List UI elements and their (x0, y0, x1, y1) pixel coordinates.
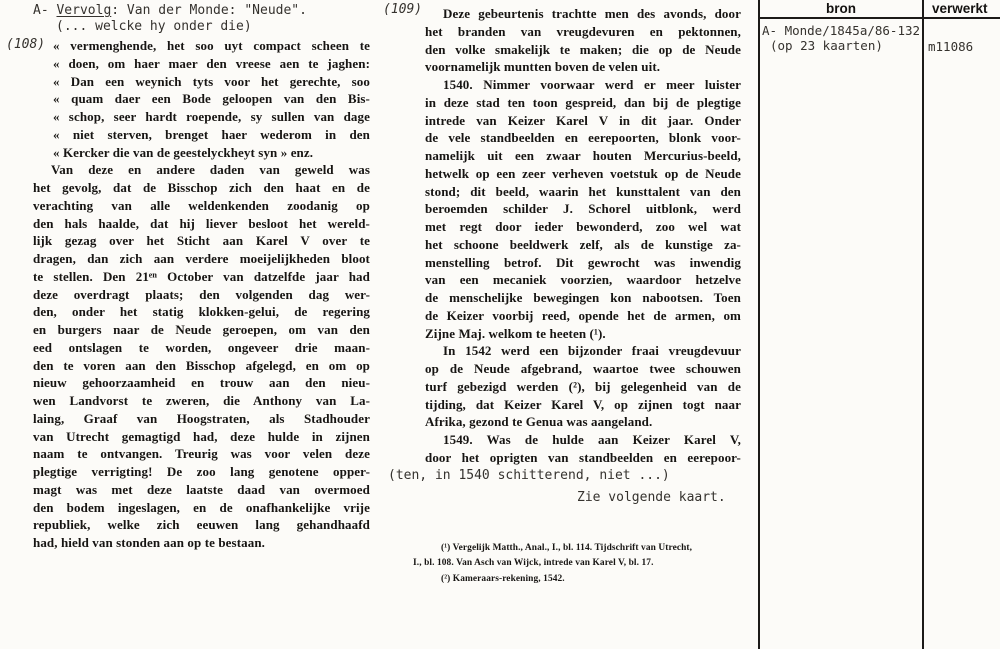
scanned-document-page: A- Vervolg: Van der Monde: "Neude". (...… (0, 0, 1000, 649)
text-line: I., bl. 108. Van Asch van Wijck, intrede… (413, 556, 745, 571)
text-line: In 1542 werd een bijzonder fraai vreugde… (425, 342, 741, 360)
text-line: « schop, seer hardt roepende, sy sullen … (33, 108, 370, 126)
text-line: republiek, welke zich eeuwen lang gehand… (33, 516, 370, 534)
text-line: plegtige verrigting! De zoo lang genoten… (33, 463, 370, 481)
text-line: het schoone beeldwerk zelf, als de kunst… (425, 236, 741, 254)
table-cell-bron-line1: A- Monde/1845a/86-132 (762, 23, 920, 38)
text-line: namelijk uit een zwaar houten Mercurius-… (425, 147, 741, 165)
text-line: voornamelijk muntten boven de velen uit. (425, 58, 741, 76)
text-line: had, hield van stonden aan op te bestaan… (33, 534, 370, 552)
text-line: de vele standbeelden en eerepoorten, blo… (425, 129, 741, 147)
text-line: de menschelijke bewegingen kon nabootsen… (425, 289, 741, 307)
text-line: dragen, dan zich aan verdere moeijelijkh… (33, 250, 370, 268)
text-line: het branden van vreugdevuren en pektonne… (425, 23, 741, 41)
table-cell-bron-line2: (op 23 kaarten) (770, 38, 883, 53)
annotation-see-next-card: Zie volgende kaart. (577, 490, 726, 505)
annotation-heading-rest: : Van der Monde: "Neude". (111, 3, 307, 18)
text-line: (¹) Vergelijk Matth., Anal., I., bl. 114… (413, 541, 745, 556)
text-line: « doen, om haer maer den vreese aen te j… (33, 55, 370, 73)
footnotes-block: (¹) Vergelijk Matth., Anal., I., bl. 114… (413, 541, 745, 587)
text-line: door het oprigten van standbeelden en ee… (425, 449, 741, 467)
annotation-heading-line2: (... welcke hy onder die) (56, 19, 252, 34)
annotation-heading-line1: A- Vervolg: Van der Monde: "Neude". (33, 3, 307, 18)
text-line: menstelling betrof. Dit gewrocht was inw… (425, 254, 741, 272)
text-line: nieuw gehoorzaamheid en trouw aan den ni… (33, 374, 370, 392)
text-line: deze overdragt plaats; den volgenden dag… (33, 286, 370, 304)
text-line: stond; dit beeld, waarin het kunsttalent… (425, 183, 741, 201)
text-line: den te voren aan den Bisschop afgelegd, … (33, 357, 370, 375)
text-line: wen Landvorst te zweren, die Anthony van… (33, 392, 370, 410)
text-line: Van deze en andere daden van geweld was (33, 161, 370, 179)
text-line: « vermenghende, het soo uyt compact sche… (33, 37, 370, 55)
table-column-divider (922, 0, 924, 649)
annotation-prefix: A- (33, 3, 56, 18)
right-paragraph-number: (109) (383, 2, 422, 17)
annotation-underlined-word: Vervolg (56, 3, 111, 18)
text-line: te stellen. Den 21ᵉⁿ October van datzelf… (33, 268, 370, 286)
text-line: turf gebezigd werden (²), bij gelegenhei… (425, 378, 741, 396)
table-cell-verwerkt-value: m11086 (928, 39, 973, 54)
table-header-verwerkt: verwerkt (932, 1, 988, 16)
text-line: eed ontslagen te worden, ongeveer drie m… (33, 339, 370, 357)
text-line: de Keizer voorbij reed, opende het de ar… (425, 307, 741, 325)
text-line: het gevolg, dat de Bisschop zich den haa… (33, 179, 370, 197)
text-line: hetwelk op een zeer verheven voetstuk op… (425, 165, 741, 183)
text-line: magt was met deze laatste daad van overm… (33, 481, 370, 499)
text-line: van Utrecht gemagtigd had, deze hulde in… (33, 428, 370, 446)
text-line: lijk gezag over het Sticht aan Karel V o… (33, 232, 370, 250)
table-header-rule (758, 17, 1000, 19)
text-line: den volke smakelijk te maken; die op de … (425, 41, 741, 59)
text-line: den hals haalde, dat hij liever besloot … (33, 215, 370, 233)
text-line: Afrika, gezond te Genua was aangeland. (425, 413, 741, 431)
text-line: in deze stad ten toon gespreid, dan bij … (425, 94, 741, 112)
text-line: met regt door ieder bewonderd, zoo wel w… (425, 218, 741, 236)
right-text-column: Deze gebeurtenis trachtte men des avonds… (425, 5, 741, 467)
table-header-bron: bron (760, 1, 922, 16)
text-line: « Dan een weynich tyts voor het gerechte… (33, 73, 370, 91)
text-line: verachting van alle weldenkenden zoodani… (33, 197, 370, 215)
text-line: naam te ontvangen. Treurig was voor vele… (33, 445, 370, 463)
text-line: laing, Graaf van Hoogstraten, als Stadho… (33, 410, 370, 428)
text-line: (²) Kameraars-rekening, 1542. (413, 572, 745, 587)
text-line: van een mecaniek voorzien, waardoor hetz… (425, 271, 741, 289)
text-line: 1540. Nimmer voorwaar werd er meer luist… (425, 76, 741, 94)
text-line: 1549. Was de hulde aan Keizer Karel V, (425, 431, 741, 449)
text-line: intrede van Keizer Karel V in dit jaar. … (425, 112, 741, 130)
left-text-column: « vermenghende, het soo uyt compact sche… (33, 37, 370, 552)
text-line: « Kercker die van de geestelyckheyt syn … (33, 144, 370, 162)
text-line: op de Neude afgebrand, waartoe twee scho… (425, 360, 741, 378)
text-line: tijding, dat Keizer Karel V, op zijnen t… (425, 396, 741, 414)
text-line: den bodem ingeslagen, en de onafhankelij… (33, 499, 370, 517)
text-line: beroemden schilder J. Schorel uitblonk, … (425, 200, 741, 218)
text-line: en burgers naar de Neude geroepen, om va… (33, 321, 370, 339)
annotation-closing-note: (ten, in 1540 schitterend, niet ...) (388, 468, 670, 483)
text-line: « niet sterven, brenget haer wederom in … (33, 126, 370, 144)
text-line: « quam daer een Bode geloopen van den Bi… (33, 90, 370, 108)
text-line: Zijne Maj. welkom te heeten (¹). (425, 325, 741, 343)
text-line: den, onder het statig klokken-gelui, de … (33, 303, 370, 321)
table-left-border (758, 0, 760, 649)
text-line: Deze gebeurtenis trachtte men des avonds… (425, 5, 741, 23)
